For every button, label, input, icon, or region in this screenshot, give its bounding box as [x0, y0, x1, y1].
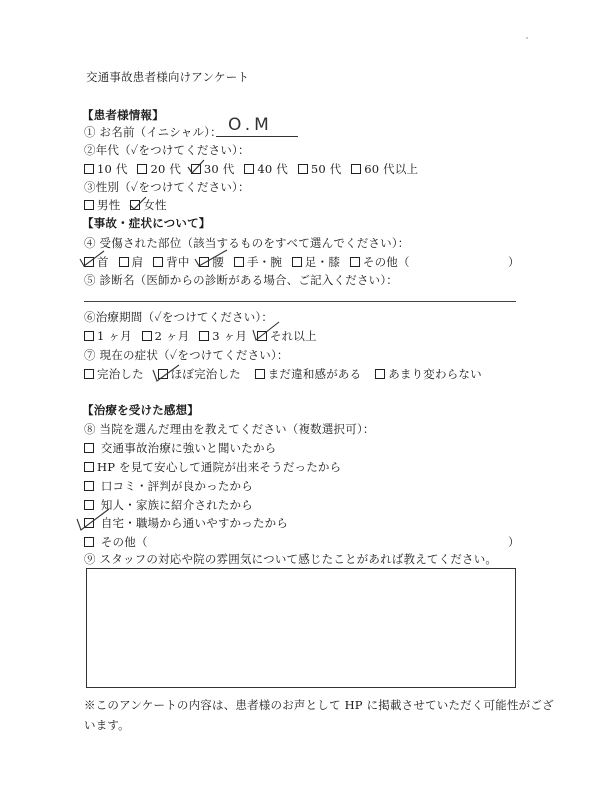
survey-page: 交通事故患者様向けアンケート 【患者様情報】 ① お名前（イニシャル）： O.M…: [0, 0, 600, 800]
checkbox[interactable]: [84, 331, 94, 341]
document-title: 交通事故患者様向けアンケート: [86, 70, 249, 84]
checkbox[interactable]: [153, 257, 163, 267]
q4-option-lower-back[interactable]: 腰: [199, 255, 224, 269]
q1-answer-underline: [216, 136, 298, 137]
q5-label: ⑤ 診断名（医師からの診断がある場合、ご記入ください）：: [84, 273, 398, 287]
checkbox-checked[interactable]: [199, 257, 209, 267]
q8-option-strong-in-accident-treatment[interactable]: 交通事故治療に強いと聞いたから: [84, 441, 276, 455]
q2-option-30s[interactable]: 30 代: [191, 162, 235, 176]
q7-option-fully-recovered[interactable]: 完治した: [84, 367, 144, 381]
q6-option-2-months[interactable]: 2 ヶ月: [142, 329, 190, 343]
section-accident-symptoms: 【事故・症状について】: [82, 216, 210, 230]
checkbox-checked[interactable]: [84, 257, 94, 267]
checkbox[interactable]: [84, 443, 94, 453]
checkbox[interactable]: [350, 257, 360, 267]
q4-option-back[interactable]: 背中: [153, 255, 189, 269]
checkbox[interactable]: [234, 257, 244, 267]
q6-option-1-month[interactable]: 1 ヶ月: [84, 329, 132, 343]
q4-option-neck[interactable]: 首: [84, 255, 109, 269]
checkbox-checked[interactable]: [84, 518, 94, 528]
q4-option-hand-arm[interactable]: 手・腕: [234, 255, 282, 269]
checkbox[interactable]: [199, 331, 209, 341]
checkbox[interactable]: [84, 164, 94, 174]
q2-option-50s[interactable]: 50 代: [298, 162, 342, 176]
checkbox[interactable]: [119, 257, 129, 267]
q5-answer-line[interactable]: [84, 301, 516, 302]
q7-label: ⑦ 現在の症状（✓をつけてください）：: [84, 348, 289, 362]
q7-options: 完治した ほぼ完治した まだ違和感がある あまり変わらない: [84, 367, 488, 381]
checkbox[interactable]: [84, 500, 94, 510]
checkbox[interactable]: [244, 164, 254, 174]
section-impressions: 【治療を受けた感想】: [82, 403, 199, 417]
checkbox[interactable]: [298, 164, 308, 174]
checkbox[interactable]: [84, 462, 94, 472]
q8-option-homepage[interactable]: HP を見て安心して通院が出来そうだったから: [84, 460, 341, 474]
q2-option-60s-plus[interactable]: 60 代以上: [351, 162, 418, 176]
q2-option-40s[interactable]: 40 代: [244, 162, 288, 176]
checkbox[interactable]: [292, 257, 302, 267]
q8-option-convenient-location[interactable]: 自宅・職場から通いやすかったから: [84, 516, 288, 530]
checkbox[interactable]: [84, 369, 94, 379]
q2-option-20s[interactable]: 20 代: [137, 162, 181, 176]
q2-options: 10 代 20 代 30 代 40 代 50 代 60 代以上: [84, 162, 424, 176]
footer-note-line-2: います。: [84, 718, 130, 732]
q4-other-close-paren: ）: [508, 255, 520, 269]
q8-option-reviews[interactable]: 口コミ・評判が良かったから: [84, 479, 253, 493]
q4-option-leg-knee[interactable]: 足・膝: [292, 255, 340, 269]
checkbox[interactable]: [375, 369, 385, 379]
q4-options: 首 肩 背中 腰 手・腕 足・膝 その他（: [84, 255, 524, 269]
checkbox[interactable]: [255, 369, 265, 379]
checkbox[interactable]: [84, 200, 94, 210]
q4-option-other[interactable]: その他（: [350, 255, 410, 269]
q8-other-close-paren: ）: [508, 535, 520, 549]
q3-label: ③性別（✓をつけてください）：: [84, 180, 250, 194]
checkbox-checked[interactable]: [158, 369, 168, 379]
q6-option-more[interactable]: それ以上: [257, 329, 317, 343]
q4-label: ④ 受傷された部位（該当するものをすべて選んでください）：: [84, 236, 409, 250]
q7-option-still-discomfort[interactable]: まだ違和感がある: [255, 367, 362, 381]
q9-label: ⑨ スタッフの対応や院の雰囲気について感じたことがあれば教えてください。: [84, 552, 497, 566]
checkbox-checked[interactable]: [257, 331, 267, 341]
q6-label: ⑥治療期間（✓をつけてください）：: [84, 310, 273, 324]
q4-option-shoulder[interactable]: 肩: [119, 255, 144, 269]
checkbox[interactable]: [137, 164, 147, 174]
handwritten-check-icon: [187, 159, 205, 175]
q8-option-other[interactable]: その他（: [84, 535, 148, 549]
q8-label: ⑧ 当院を選んだ理由を教えてください（複数選択可）：: [84, 422, 375, 436]
q6-options: 1 ヶ月 2 ヶ月 3 ヶ月 それ以上: [84, 329, 323, 343]
q7-option-almost-recovered[interactable]: ほぼ完治した: [158, 367, 241, 381]
checkbox-checked[interactable]: [130, 200, 140, 210]
q3-option-male[interactable]: 男性: [84, 198, 120, 212]
q1-answer-handwritten[interactable]: O.M: [228, 118, 273, 132]
q1-label: ① お名前（イニシャル）：: [84, 125, 222, 139]
section-patient-info: 【患者様情報】: [82, 108, 164, 122]
checkbox[interactable]: [84, 481, 94, 491]
q2-option-10s[interactable]: 10 代: [84, 162, 128, 176]
q3-option-female[interactable]: 女性: [130, 198, 166, 212]
q9-comment-box[interactable]: [86, 568, 516, 688]
q6-option-3-months[interactable]: 3 ヶ月: [199, 329, 247, 343]
checkbox-checked[interactable]: [191, 164, 201, 174]
checkbox[interactable]: [351, 164, 361, 174]
q7-option-no-change[interactable]: あまり変わらない: [375, 367, 482, 381]
q3-options: 男性 女性: [84, 198, 173, 212]
q8-option-referral[interactable]: 知人・家族に紹介されたから: [84, 498, 253, 512]
footer-note-line-1: ※このアンケートの内容は、患者様のお声として HP に掲載させていただく可能性が…: [84, 698, 554, 712]
scan-speck: [526, 37, 528, 39]
q2-label: ②年代（✓をつけてください）：: [84, 143, 250, 157]
checkbox[interactable]: [142, 331, 152, 341]
checkbox[interactable]: [84, 537, 94, 547]
